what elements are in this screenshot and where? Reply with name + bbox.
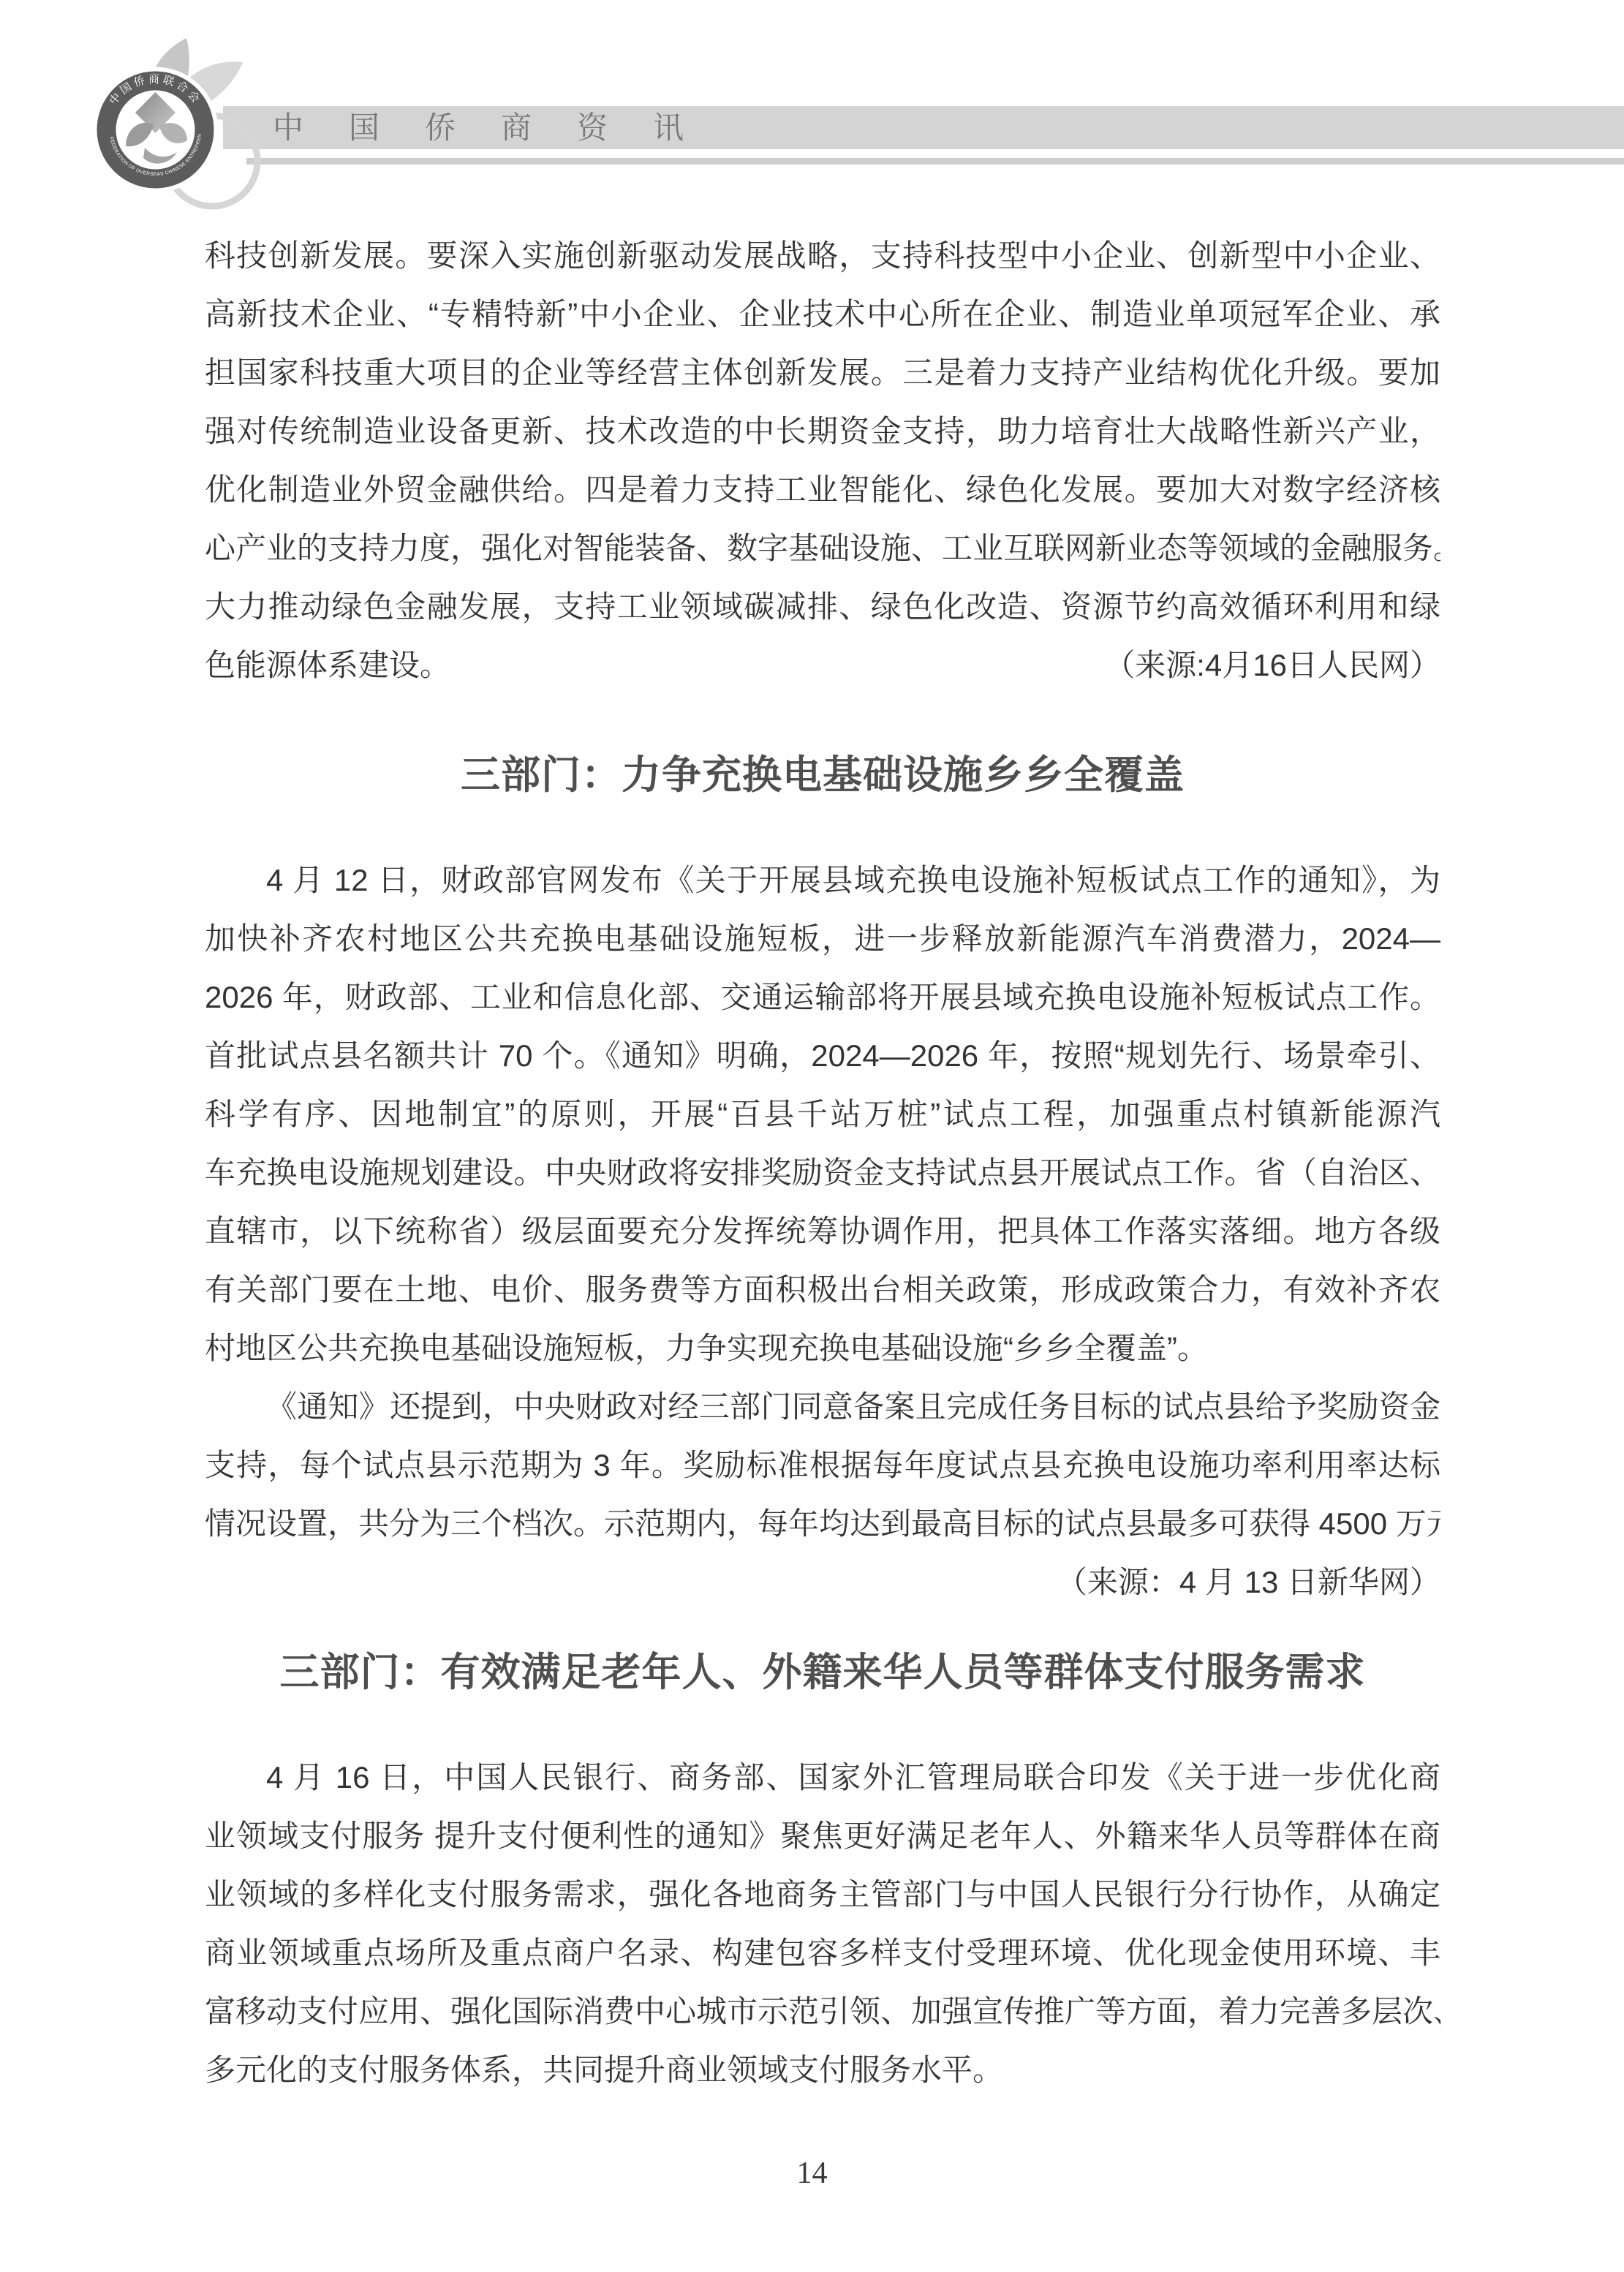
text-line: 4 月 12 日，财政部官网发布《关于开展县域充换电设施补短板试点工作的通知》，…	[205, 851, 1440, 910]
text-line: 直辖市，以下统称省）级层面要充分发挥统筹协调作用，把具体工作落实落细。地方各级	[205, 1202, 1440, 1261]
text-line: 《通知》还提到，中央财政对经三部门同意备案且完成任务目标的试点县给予奖励资金	[205, 1378, 1440, 1436]
text-line: 首批试点县名额共计 70 个。《通知》明确，2024—2026 年，按照“规划先…	[205, 1027, 1440, 1085]
text-column: 科技创新发展。要深入实施创新驱动发展战略，支持科技型中小企业、创新型中小企业、高…	[205, 227, 1440, 2099]
text-line: 情况设置，共分为三个档次。示范期内，每年均达到最高目标的试点县最多可获得 450…	[205, 1495, 1440, 1553]
text-fragment: 色能源体系建设。	[205, 636, 450, 695]
text-line: 业领域的多样化支付服务需求，强化各地商务主管部门与中国人民银行分行协作，从确定	[205, 1865, 1440, 1924]
federation-seal-logo: 中国侨商联合会 CHINA FEDERATION OF OVERSEAS CHI…	[44, 22, 292, 249]
text-line: 科学有序、因地制宜”的原则，开展“百县千站万桩”试点工程，加强重点村镇新能源汽	[205, 1085, 1440, 1144]
text-line: 科技创新发展。要深入实施创新驱动发展战略，支持科技型中小企业、创新型中小企业、	[205, 227, 1440, 285]
source-note: （来源：4 月 13 日新华网）	[205, 1553, 1440, 1612]
text-line: 2026 年，财政部、工业和信息化部、交通运输部将开展县域充换电设施补短板试点工…	[205, 968, 1440, 1027]
sections: 三部门：力争充换电基础设施乡乡全覆盖4 月 12 日，财政部官网发布《关于开展县…	[205, 752, 1440, 2099]
text-line: 有关部门要在土地、电价、服务费等方面积极出台相关政策，形成政策合力，有效补齐农	[205, 1261, 1440, 1319]
text-line: 担国家科技重大项目的企业等经营主体创新发展。三是着力支持产业结构优化升级。要加	[205, 344, 1440, 402]
text-line: 多元化的支付服务体系，共同提升商业领域支付服务水平。	[205, 2041, 1440, 2099]
text-line: 商业领域重点场所及重点商户名录、构建包容多样支付受理环境、优化现金使用环境、丰	[205, 1924, 1440, 1982]
continued-paragraph: 科技创新发展。要深入实施创新驱动发展战略，支持科技型中小企业、创新型中小企业、高…	[205, 227, 1440, 695]
text-line: 高新技术企业、“专精特新”中小企业、企业技术中心所在企业、制造业单项冠军企业、承	[205, 285, 1440, 344]
text-line: 大力推动绿色金融发展，支持工业领域碳减排、绿色化改造、资源节约高效循环利用和绿	[205, 578, 1440, 636]
paragraph: 4 月 12 日，财政部官网发布《关于开展县域充换电设施补短板试点工作的通知》，…	[205, 851, 1440, 1378]
paragraph: 《通知》还提到，中央财政对经三部门同意备案且完成任务目标的试点县给予奖励资金支持…	[205, 1378, 1440, 1612]
text-line: 优化制造业外贸金融供给。四是着力支持工业智能化、绿色化发展。要加大对数字经济核	[205, 461, 1440, 519]
text-line: 强对传统制造业设备更新、技术改造的中长期资金支持，助力培育壮大战略性新兴产业，	[205, 402, 1440, 461]
source-note: （来源:4月16日人民网）	[1104, 636, 1440, 695]
page-number: 14	[0, 2156, 1624, 2191]
text-line: 支持，每个试点县示范期为 3 年。奖励标准根据每年度试点县充换电设施功率利用率达…	[205, 1436, 1440, 1495]
text-line: 富移动支付应用、强化国际消费中心城市示范引领、加强宣传推广等方面，着力完善多层次…	[205, 1982, 1440, 2041]
section-heading: 三部门：力争充换电基础设施乡乡全覆盖	[205, 752, 1440, 799]
text-line: 业领域支付服务 提升支付便利性的通知》聚焦更好满足老年人、外籍来华人员等群体在商	[205, 1807, 1440, 1865]
header-strip-thin	[246, 158, 1624, 165]
text-line: 心产业的支持力度，强化对智能装备、数字基础设施、工业互联网新业态等领域的金融服务…	[205, 519, 1440, 578]
section-heading: 三部门：有效满足老年人、外籍来华人员等群体支付服务需求	[205, 1649, 1440, 1696]
text-line: 4 月 16 日，中国人民银行、商务部、国家外汇管理局联合印发《关于进一步优化商	[205, 1748, 1440, 1807]
text-line: 色能源体系建设。（来源:4月16日人民网）	[205, 636, 1440, 695]
newsletter-title: 中国侨商资讯	[273, 106, 729, 149]
text-line: 加快补齐农村地区公共充换电基础设施短板，进一步释放新能源汽车消费潜力，2024—	[205, 910, 1440, 968]
paragraph: 4 月 16 日，中国人民银行、商务部、国家外汇管理局联合印发《关于进一步优化商…	[205, 1748, 1440, 2099]
text-line: 车充换电设施规划建设。中央财政将安排奖励资金支持试点县开展试点工作。省（自治区、	[205, 1144, 1440, 1202]
document-page: 中国侨商资讯 中国侨商联合会 CHINA FEDERATION OF OVERS…	[0, 0, 1624, 2272]
text-line: 村地区公共充换电基础设施短板，力争实现充换电基础设施“乡乡全覆盖”。	[205, 1319, 1440, 1378]
